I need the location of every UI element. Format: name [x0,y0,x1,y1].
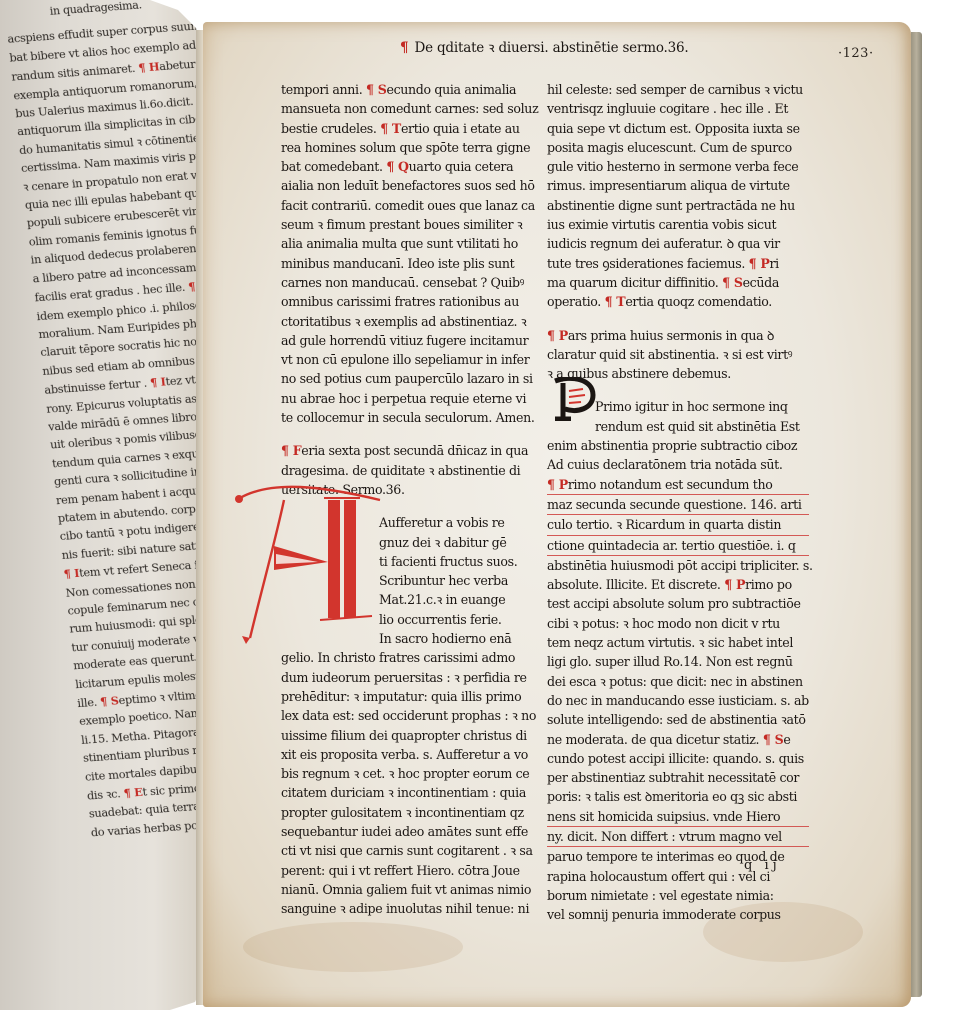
column-b-line: iudicis regnum dei auferatur. ꝺ qua vir [547,234,809,253]
column-a-line: te collocemur in secula seculorum. Amen. [281,408,543,427]
column-b-line: gule vitio hesterno in sermone verba fec… [547,157,809,176]
running-head-text: De qditate ꝛ diuersi. abstinētie sermo.3… [414,40,688,56]
column-b-line: vel somnij penuria immoderate corpus [547,905,809,924]
column-a-line: aialia non leduīt benefactores suos sed … [281,176,543,195]
verso-page: in quadragesima. acspiens effudit super … [0,0,205,1010]
column-b-line: ligi glo. super illud Ro.14. Non est reg… [547,652,809,671]
text-column-right: hil celeste: sed semper de carnibus ꝛ vi… [547,80,809,924]
column-b-line: ny. dicit. Non differt : vtrum magno vel [547,827,809,847]
column-a-line: tempori anni. ¶ Secundo quia animalia [281,80,543,99]
column-b-line: solute intelligendo: sed de abstinentia … [547,710,809,729]
column-b-line: ventrisqz ingluuie cogitare . hec ille .… [547,99,809,118]
column-b-line: ¶ Primo notandum est secundum tho [547,475,809,495]
column-a-line: lex data est: sed occiderunt prophas : ꝛ… [281,706,543,725]
column-b-line: nens sit homicida suipsius. vnde Hiero [547,807,809,827]
column-b-line: quia sepe vt dictum est. Opposita iuxta … [547,119,809,138]
column-b-line: claratur quid sit abstinentia. ꝛ si est … [547,345,809,364]
column-b-line: maz secunda secunde questione. 146. arti [547,495,809,515]
column-a-line: facit contrariū. comedit oues que lanaz … [281,196,543,215]
column-b-line: dei esca ꝛ potus: que dicit: nec in abst… [547,672,809,691]
foxing-stain [243,922,463,972]
column-a-line: bat comedebant. ¶ Quarto quia cetera [281,157,543,176]
column-b-line: ¶ Pars prima huius sermonis in qua ꝺ [547,326,809,345]
column-b-line [547,312,809,326]
column-a-line: ad gule horrendū vitiuz fugere incitamur [281,331,543,350]
pilcrow-icon: ¶ [400,40,408,56]
column-b-line: borum nimietate : vel egestate nimia: [547,886,809,905]
column-b-line: ius eximie virtutis carentia vobis sicut [547,215,809,234]
column-b-line: abstinentie digne sunt pertractāda ne hu [547,196,809,215]
column-a-line: gelio. In christo fratres carissimi admo [281,648,543,667]
column-b-line: absolute. Illicite. Et discrete. ¶ Primo… [547,575,809,594]
column-b-line: cundo potest accipi illicite: quando. s.… [547,749,809,768]
column-a-line: sanguine ꝛ adipe inuolutas nihil tenue: … [281,899,543,918]
column-a-line: carnes non manducaū. censebat ? Quibꝰ [281,273,543,292]
column-b-line: rimus. impresentiarum aliqua de virtute [547,176,809,195]
column-b-line: culo tertio. ꝛ Ricardum in quarta distin [547,515,809,535]
column-b-line: do nec in manducando esse iusticiam. s. … [547,691,809,710]
column-b-line: Ad cuius declaratōnem tria notāda sūt. [547,455,809,474]
column-a-line: no sed potius cum paupercūlo lazaro in s… [281,369,543,388]
column-b-line: test accipi absolute solum pro subtracti… [547,594,809,613]
decorated-initial-p-icon [551,377,597,421]
column-a-line: nu abrae hoc i perpetua requie eterne vi [281,389,543,408]
column-a-line: prehēditur: ꝛ imputatur: quia illis prim… [281,687,543,706]
column-a-line: mansueta non comedunt carnes: sed soluz [281,99,543,118]
column-b-line: per abstinentiaz subtrahit necessitatē c… [547,768,809,787]
column-b-line: abstinētia huiusmodi pōt accipi triplici… [547,556,809,575]
column-a-line: alia animalia multa que sunt vtilitati h… [281,234,543,253]
column-b-line: hil celeste: sed semper de carnibus ꝛ vi… [547,80,809,99]
column-a-line: cti vt nisi que carnis sunt cogitarent .… [281,841,543,860]
column-b-line: posita magis elucescunt. Cum de spurco [547,138,809,157]
column-a-line: sequebantur iudei adeo amātes sunt effe [281,822,543,841]
column-b-line: operatio. ¶ Tertia quoqz comendatio. [547,292,809,311]
column-a-line: omnibus carissimi fratres rationibus au [281,292,543,311]
column-a-line: propter gulositatem ꝛ incontinentiam qz [281,803,543,822]
column-b-line: tute tres ꝯsiderationes faciemus. ¶ Pri [547,254,809,273]
column-a-line: minibus manducanī. Ideo iste plis sunt [281,254,543,273]
column-b-line: poris: ꝛ talis est ꝺmeritoria eo qꝫ sic … [547,787,809,806]
running-head: ¶ De qditate ꝛ diuersi. abstinētie sermo… [400,38,688,56]
column-a-line: citatem duriciam ꝛ incontinentiam : quia [281,783,543,802]
column-a-line: seum ꝛ fimum prestant boues similiter ꝛ [281,215,543,234]
column-a-line: perent: qui i vt reffert Hiero. cōtra Jo… [281,861,543,880]
column-b-line: ctione quintadecia ar. tertio questiōe. … [547,536,809,556]
column-a-line: ctoritatibus ꝛ exemplis ad abstinentiaz.… [281,312,543,331]
column-b-line: ne moderata. de qua dicetur statiz. ¶ Se [547,730,809,749]
column-a-line: ¶ Feria sexta post secundā dn̄icaz in qu… [281,441,543,460]
column-b-line: enim abstinentia proprie subtractio cibo… [547,436,809,455]
column-a-line: bis regnum ꝛ cet. ꝛ hoc propter eorum ce [281,764,543,783]
signature-mark: q ij [744,858,781,873]
column-a-line: vt non cū epulone illo sepeliamur in inf… [281,350,543,369]
column-a-line: xit eis proposita verba. s. Aufferetur a… [281,745,543,764]
column-b-line: tem neqz actum virtutis. ꝛ sic habet int… [547,633,809,652]
column-a-line: nianū. Omnia galiem fuit vt animas nimio [281,880,543,899]
folio-number: ·123· [838,46,874,61]
column-a-line: uissime filium dei quapropter christus d… [281,726,543,745]
page-block-edge [911,32,922,997]
column-a-line: bestie crudeles. ¶ Tertio quia i etate a… [281,119,543,138]
red-initial-a-icon [232,478,382,648]
column-b-line: cibi ꝛ potus: ꝛ hoc modo non dicit v rtu [547,614,809,633]
column-a-line: rea homines solum que spōte terra gigne [281,138,543,157]
column-a-line [281,427,543,441]
column-b-line: ma quarum dicitur diffinitio. ¶ Secūda [547,273,809,292]
column-a-line: dum iudeorum peruersitas : ꝛ perfidia re [281,668,543,687]
